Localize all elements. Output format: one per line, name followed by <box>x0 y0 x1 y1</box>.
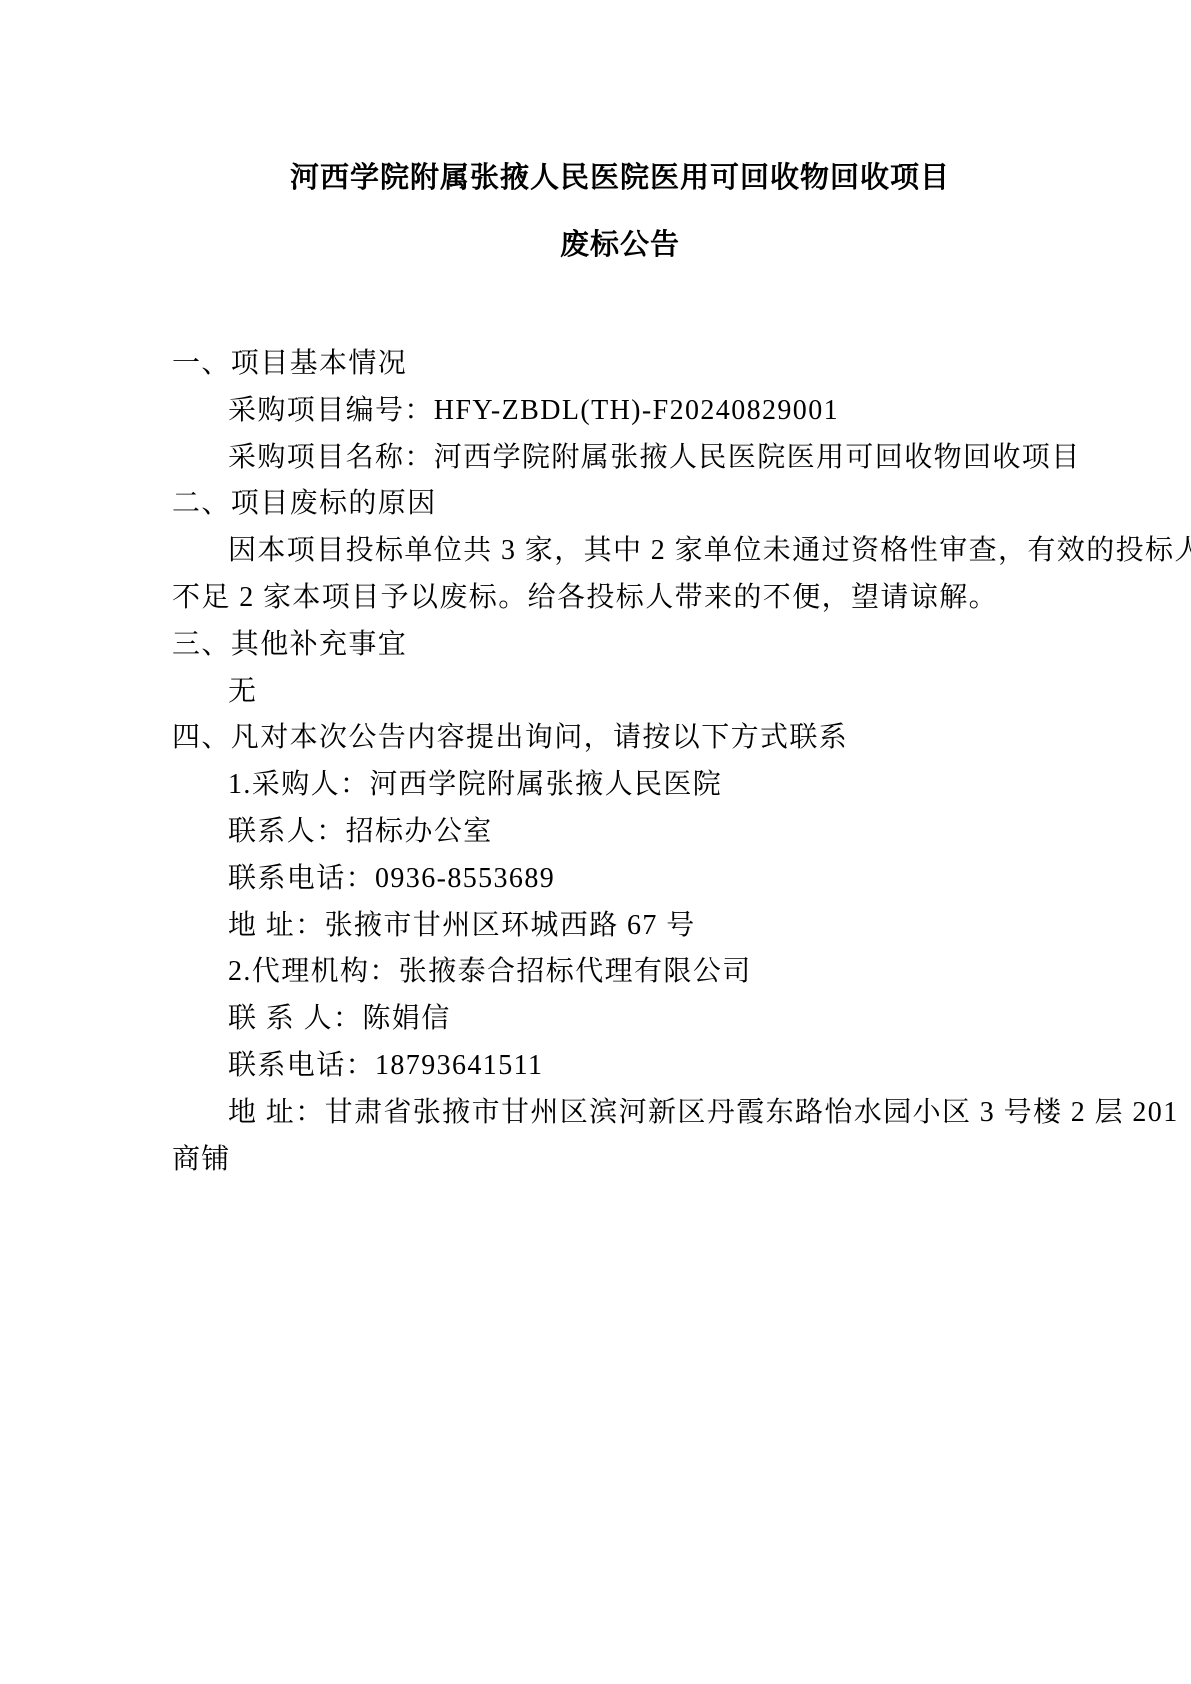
doc-line-contact-1: 联系人：招标办公室 <box>172 809 1023 856</box>
doc-line-purchaser: 1.采购人：河西学院附属张掖人民医院 <box>172 762 1023 809</box>
doc-line-project-number: 采购项目编号：HFY-ZBDL(TH)-F20240829001 <box>172 388 1023 435</box>
doc-line-reason-1: 因本项目投标单位共 3 家，其中 2 家单位未通过资格性审查，有效的投标人 <box>172 528 1023 575</box>
doc-line-section-4: 四、凡对本次公告内容提出询问，请按以下方式联系 <box>172 715 1023 762</box>
doc-line-project-name: 采购项目名称：河西学院附属张掖人民医院医用可回收物回收项目 <box>172 435 1023 482</box>
doc-line-none: 无 <box>172 669 1023 716</box>
doc-line-agency: 2.代理机构：张掖泰合招标代理有限公司 <box>172 949 1023 996</box>
doc-line-address-2-cont: 商铺 <box>172 1137 1023 1184</box>
doc-line-section-1: 一、项目基本情况 <box>172 341 1023 388</box>
doc-line-phone-1: 联系电话：0936-8553689 <box>172 856 1023 903</box>
document-title: 河西学院附属张掖人民医院医用可回收物回收项目 <box>172 145 1023 212</box>
document-subtitle: 废标公告 <box>172 212 1023 279</box>
doc-line-section-2: 二、项目废标的原因 <box>172 481 1023 528</box>
doc-line-address-2: 地 址：甘肃省张掖市甘州区滨河新区丹霞东路怡水园小区 3 号楼 2 层 201 <box>172 1090 1023 1137</box>
doc-line-contact-2: 联 系 人：陈娟信 <box>172 996 1023 1043</box>
document-title-block: 河西学院附属张掖人民医院医用可回收物回收项目 废标公告 <box>172 145 1023 279</box>
document-body: 一、项目基本情况 采购项目编号：HFY-ZBDL(TH)-F2024082900… <box>172 341 1023 1183</box>
doc-line-reason-2: 不足 2 家本项目予以废标。给各投标人带来的不便，望请谅解。 <box>172 575 1023 622</box>
doc-line-address-1: 地 址：张掖市甘州区环城西路 67 号 <box>172 903 1023 950</box>
document-page: 河西学院附属张掖人民医院医用可回收物回收项目 废标公告 一、项目基本情况 采购项… <box>0 0 1191 1684</box>
doc-line-section-3: 三、其他补充事宜 <box>172 622 1023 669</box>
doc-line-phone-2: 联系电话：18793641511 <box>172 1043 1023 1090</box>
